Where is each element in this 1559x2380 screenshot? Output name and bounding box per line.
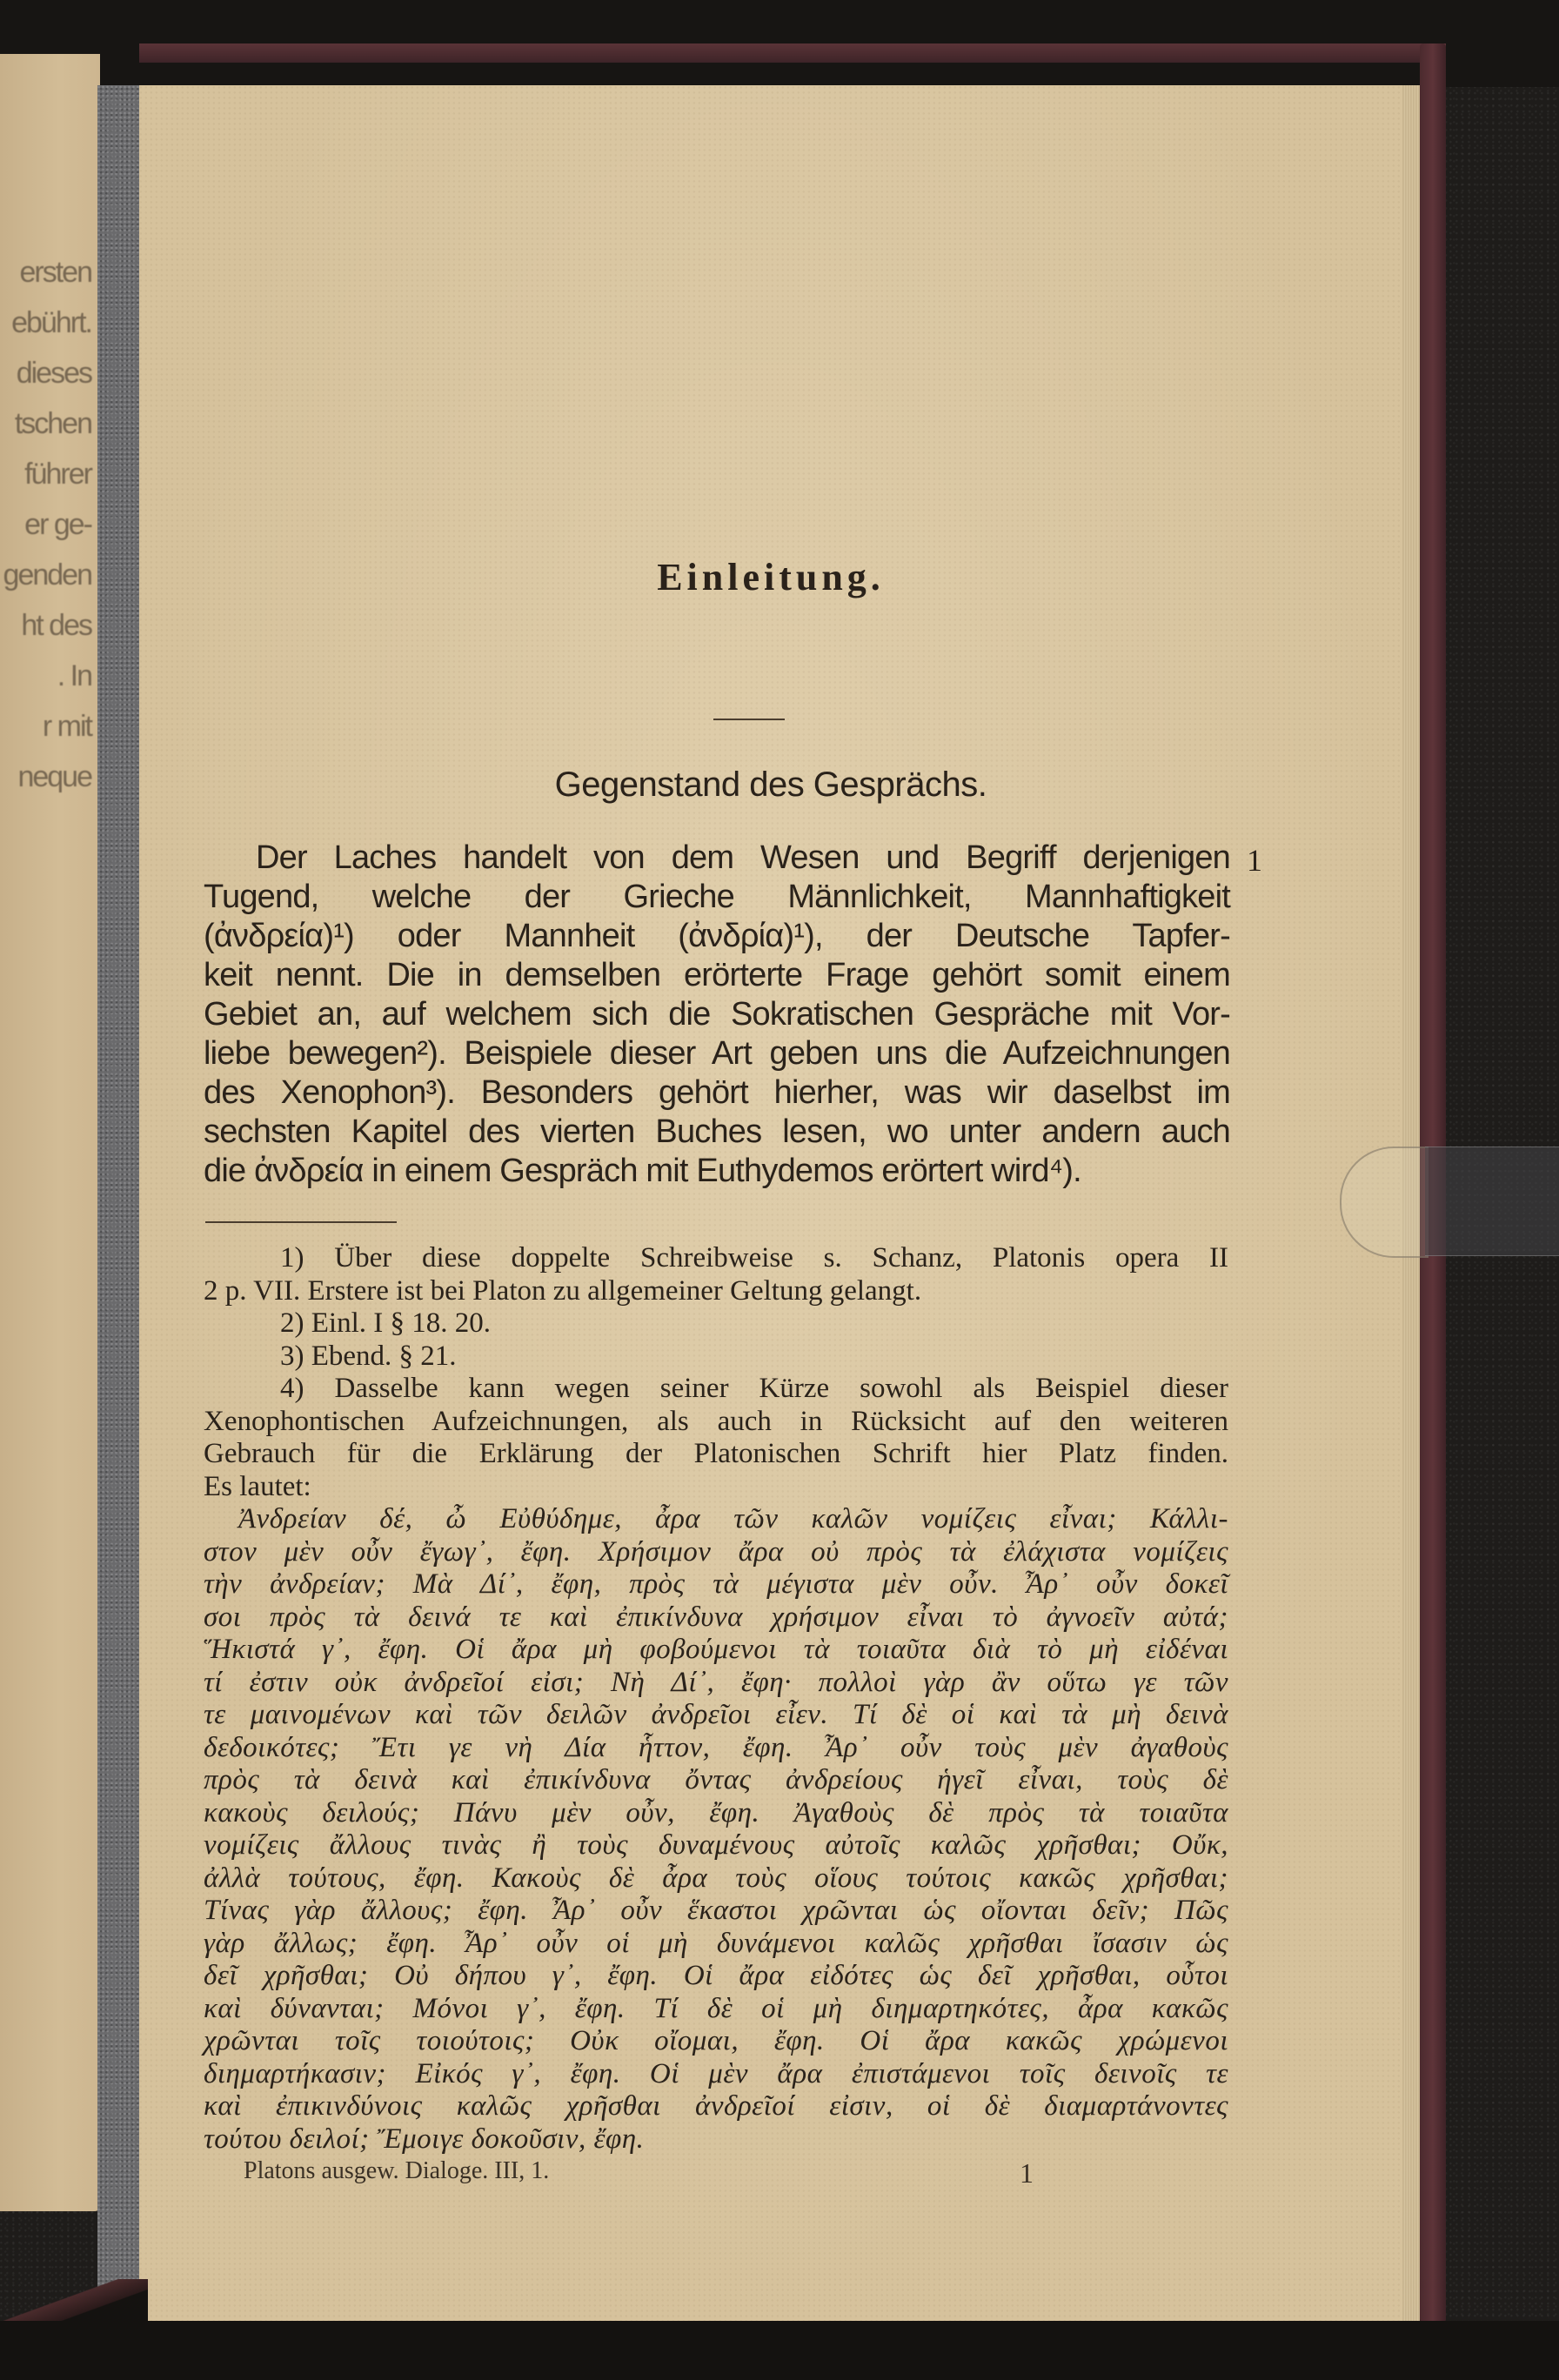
left-page-fragment: tschen (0, 407, 91, 441)
greek-line: τε μαινομένων καὶ τῶν δειλῶν ἀνδρεῖοι εἶ… (204, 1699, 1228, 1732)
page-title: Einleitung. (139, 555, 1402, 599)
left-page: ersten ebührt. dieses tschen führer er g… (0, 54, 100, 2211)
greek-line: σοι πρὸς τὰ δεινά τε καὶ ἐπικίνδυνα χρήσ… (204, 1601, 1228, 1635)
left-page-fragment: . In (0, 659, 91, 693)
greek-line: Τίνας γὰρ ἄλλους; ἔφη. Ἆρ᾽ οὖν ἕκαστοι χ… (204, 1895, 1228, 1928)
text-line: keit nennt. Die in demselben erörterte F… (204, 956, 1230, 995)
left-page-fragment: neque (0, 760, 91, 794)
text-line: des Xenophon³). Besonders gehört hierher… (204, 1073, 1230, 1113)
footnote-line: 2 p. VII. Erstere ist bei Platon zu allg… (204, 1275, 1228, 1308)
sheet-number: 1 (1020, 2157, 1034, 2189)
greek-line: Ἥκιστά γ᾽, ἔφη. Οἱ ἄρα μὴ φοβούμενοι τὰ … (204, 1634, 1228, 1667)
footnote-line: 1) Über diese doppelte Schreibweise s. S… (204, 1242, 1228, 1275)
margin-section-number: 1 (1247, 842, 1262, 879)
footnote-line: 3) Ebend. § 21. (204, 1340, 1228, 1374)
footnote-line: Es lautet: (204, 1471, 1228, 1504)
greek-line: τὴν ἀνδρείαν; Μὰ Δί᾽, ἔφη, πρὸς τὰ μέγισ… (204, 1568, 1228, 1601)
main-paragraph: Der Laches handelt von dem Wesen und Beg… (204, 839, 1230, 1191)
footnote-line: Gebrauch für die Erklärung der Platonisc… (204, 1438, 1228, 1471)
title-divider (713, 719, 785, 720)
left-page-fragment: ersten (0, 256, 91, 290)
left-page-fragment: führer (0, 458, 91, 491)
binding-gutter (97, 85, 139, 2321)
footnote-divider (205, 1221, 397, 1223)
footnote-line: 4) Dasselbe kann wegen seiner Kürze sowo… (204, 1373, 1228, 1406)
greek-line: νομίζεις ἄλλους τινὰς ἢ τοὺς δυναμένους … (204, 1829, 1228, 1862)
text-line: Tugend, welche der Grieche Männlichkeit,… (204, 878, 1230, 917)
greek-line: τούτου δειλοί; Ἔμοιγε δοκοῦσιν, ἔφη. (204, 2123, 1228, 2156)
greek-line: γὰρ ἄλλως; ἔφη. Ἆρ᾽ οὖν οἱ μὴ δυνάμενοι … (204, 1928, 1228, 1961)
left-page-fragment: er ge- (0, 508, 91, 542)
cover-binding-edge-top (139, 43, 1446, 63)
greek-line: πρὸς τὰ δεινὰ καὶ ἐπικίνδυνα ὄντας ἀνδρε… (204, 1764, 1228, 1797)
left-page-fragment: genden (0, 558, 91, 592)
text-line: (ἀνδρεία)¹) oder Mannheit (ἀνδρία)¹), de… (204, 917, 1230, 956)
greek-line: τί ἐστιν οὐκ ἀνδρεῖοί εἰσι; Νὴ Δί᾽, ἔφη·… (204, 1667, 1228, 1700)
page-clip-strip (1425, 1147, 1559, 1256)
text-line: liebe bewegen²). Beispiele dieser Art ge… (204, 1034, 1230, 1073)
text-line: sechsten Kapitel des vierten Buches lese… (204, 1113, 1230, 1152)
book-cover-bottom (0, 2321, 1559, 2380)
left-page-fragment: ht des (0, 609, 91, 643)
greek-quotation: Ἀνδρείαν δέ, ὦ Εὐθύδημε, ἆρα τῶν καλῶν ν… (204, 1503, 1228, 2156)
greek-line: κακοὺς δειλούς; Πάνυ μὲν οὖν, ἔφη. Ἀγαθο… (204, 1797, 1228, 1830)
greek-line: καὶ δύνανται; Μόνοι γ᾽, ἔφη. Τί δὲ οἱ μὴ… (204, 1993, 1228, 2026)
footnote-line: 2) Einl. I § 18. 20. (204, 1307, 1228, 1340)
plastic-page-clip[interactable] (1340, 1147, 1559, 1260)
greek-line: δεῖ χρῆσθαι; Οὐ δήπου γ᾽, ἔφη. Οἱ ἄρα εἰ… (204, 1960, 1228, 1993)
greek-line: χρῶνται τοῖς τοιούτοις; Οὐκ οἴομαι, ἔφη.… (204, 2025, 1228, 2058)
left-page-fragment: dieses (0, 357, 91, 391)
greek-line: Ἀνδρείαν δέ, ὦ Εὐθύδημε, ἆρα τῶν καλῶν ν… (204, 1503, 1228, 1536)
greek-line: δεδοικότες; Ἔτι γε νὴ Δία ἧττον, ἔφη. Ἆρ… (204, 1732, 1228, 1765)
section-heading: Gegenstand des Gesprächs. (139, 765, 1402, 805)
right-page: Einleitung. Gegenstand des Gesprächs. De… (139, 85, 1402, 2323)
greek-line: καὶ ἐπικινδύνοις καλῶς χρῆσθαι ἀνδρεῖοί … (204, 2090, 1228, 2123)
greek-line: στον μὲν οὖν ἔγωγ᾽, ἔφη. Χρήσιμον ἄρα οὐ… (204, 1536, 1228, 1569)
text-line: Gebiet an, auf welchem sich die Sokratis… (204, 995, 1230, 1034)
text-line: Der Laches handelt von dem Wesen und Beg… (204, 839, 1230, 878)
greek-line: διημαρτήκασιν; Εἰκός γ᾽, ἔφη. Οἱ μὲν ἄρα… (204, 2058, 1228, 2091)
text-line: die ἀνδρεία in einem Gespräch mit Euthyd… (204, 1152, 1230, 1191)
left-page-fragment: r mit (0, 710, 91, 744)
left-page-fragment: ebührt. (0, 306, 91, 340)
footnotes: 1) Über diese doppelte Schreibweise s. S… (204, 1242, 1228, 2156)
page-clip-tab[interactable] (1340, 1147, 1429, 1258)
footnote-line: Xenophontischen Aufzeichnungen, als auch… (204, 1406, 1228, 1439)
greek-line: ἀλλὰ τούτους, ἔφη. Κακοὺς δὲ ἆρα τοὺς οἵ… (204, 1862, 1228, 1895)
sheet-signature: Platons ausgew. Dialoge. III, 1. (244, 2157, 549, 2185)
